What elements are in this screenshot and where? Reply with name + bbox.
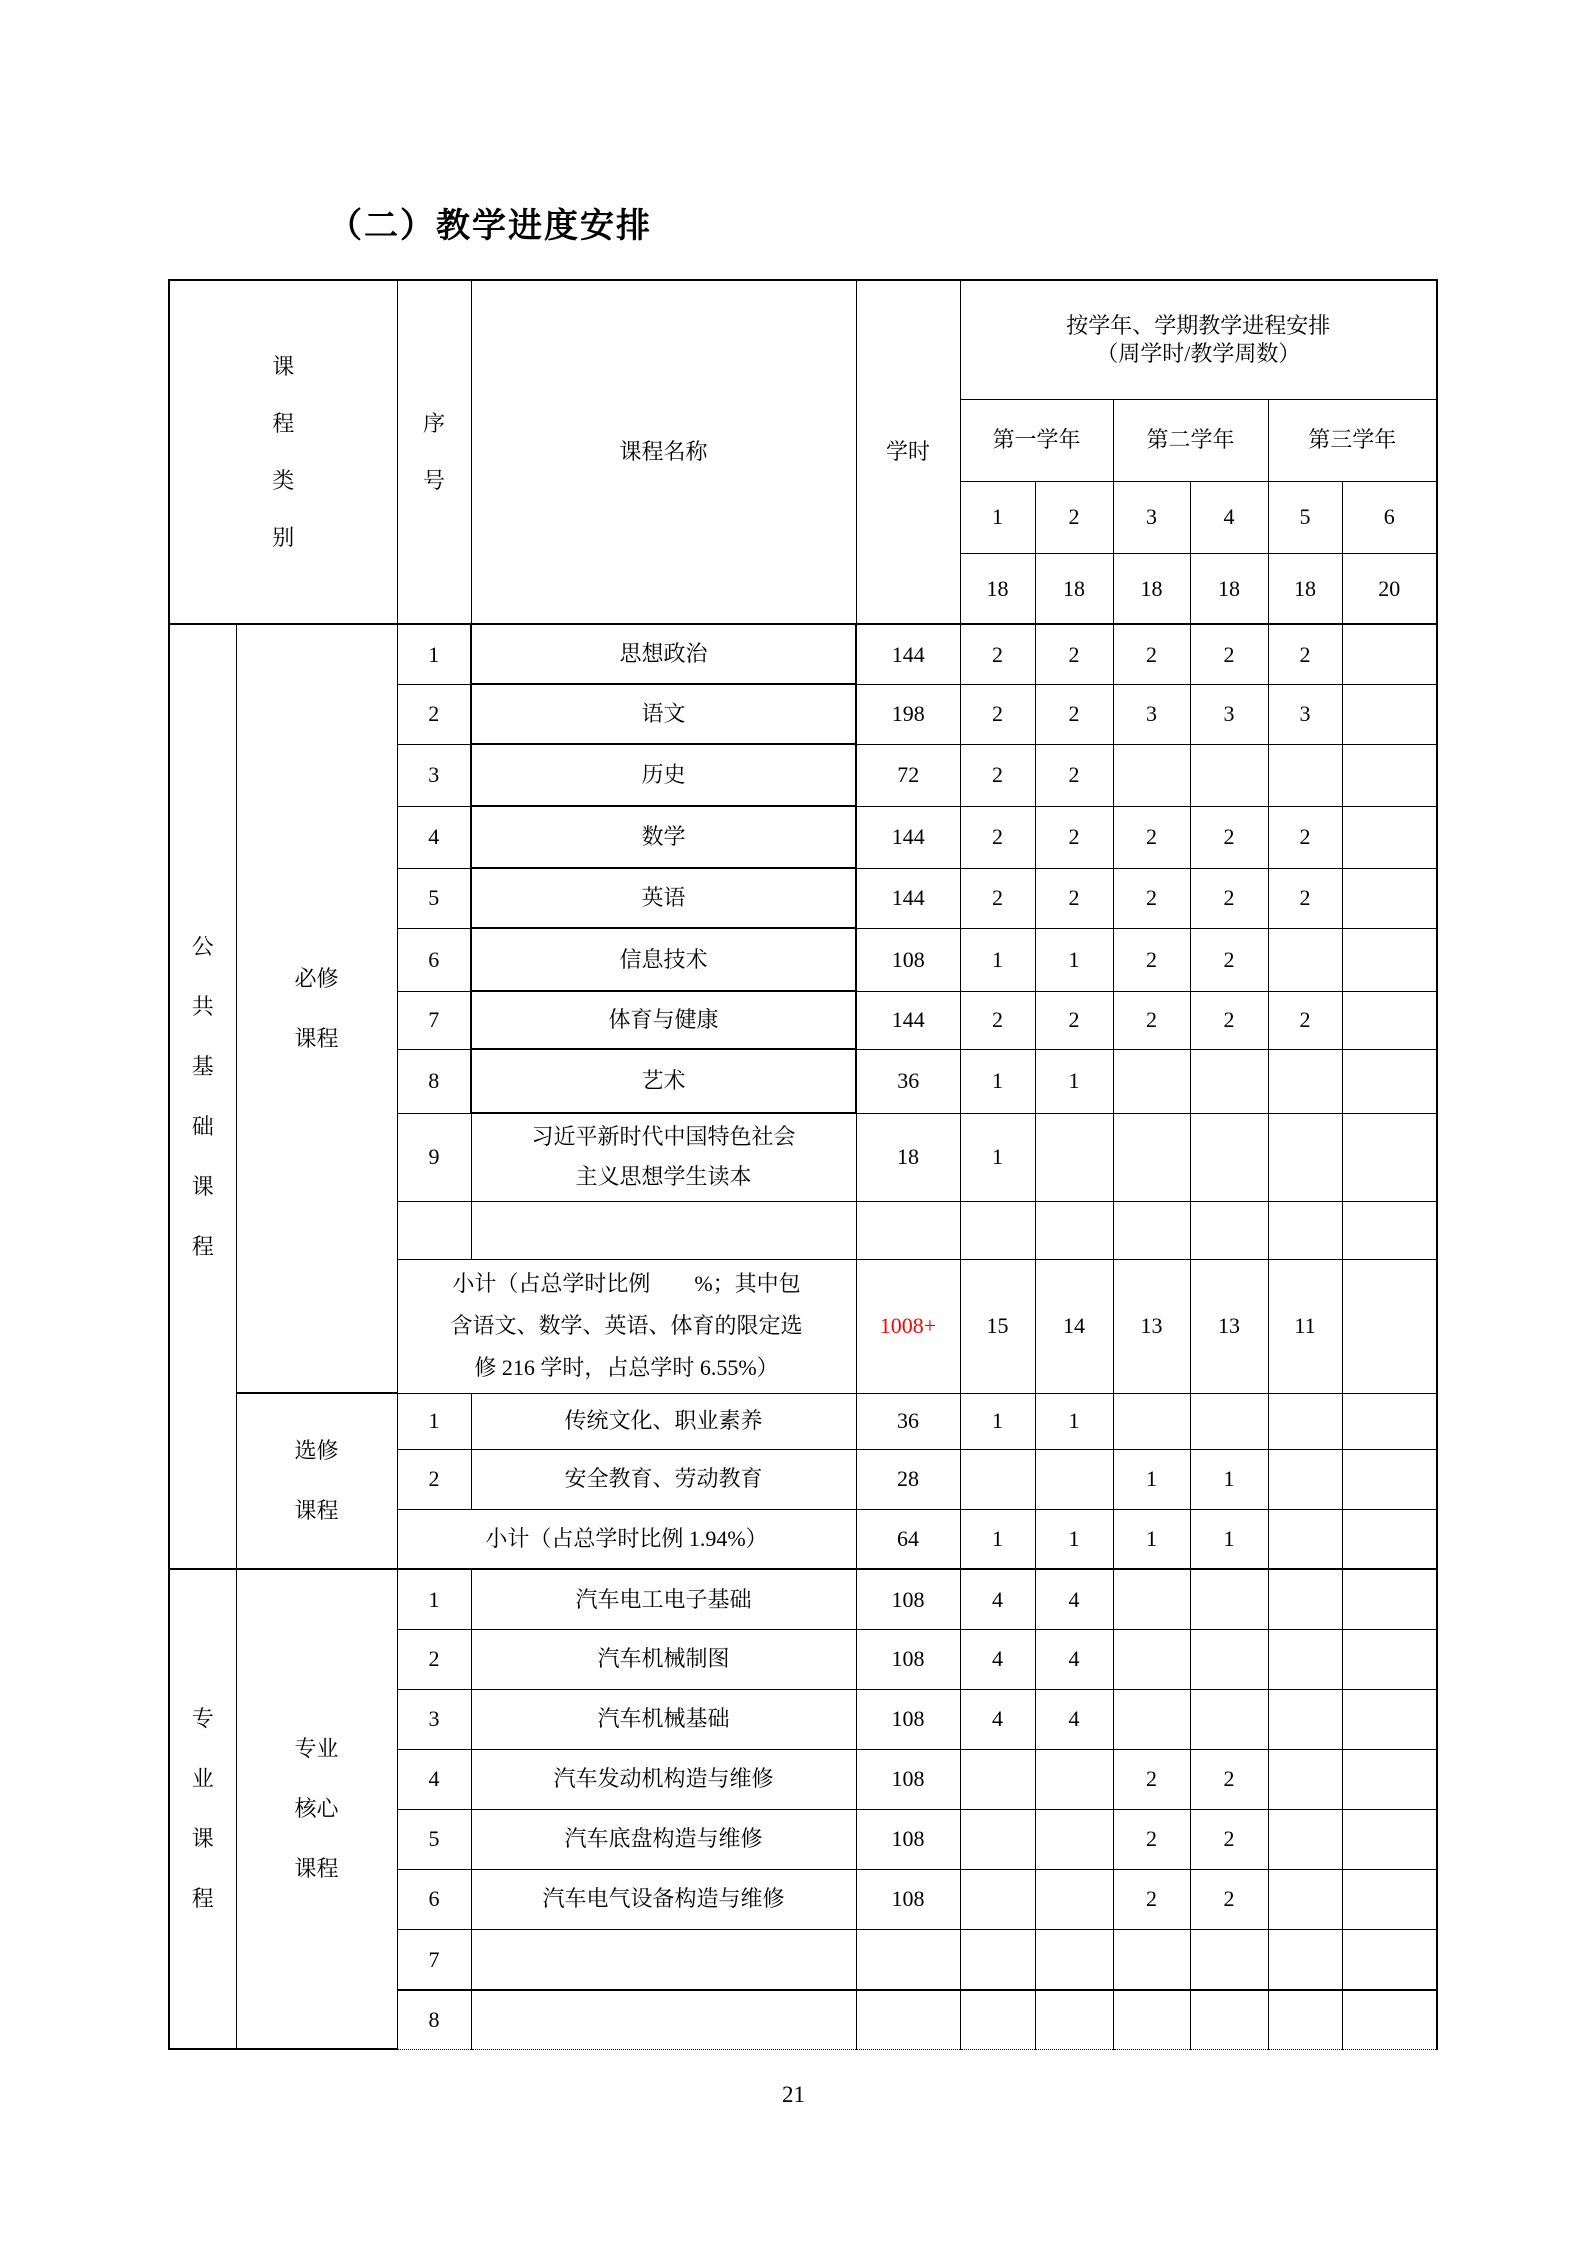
course-name-cell: 汽车电工电子基础 xyxy=(471,1569,856,1629)
semester-cell xyxy=(1342,1449,1437,1509)
hours-cell: 36 xyxy=(856,1393,960,1449)
seq-cell: 2 xyxy=(397,684,471,744)
semester-cell: 2 xyxy=(960,991,1035,1049)
semester-cell: 2 xyxy=(1268,868,1342,928)
hours-cell: 108 xyxy=(856,1869,960,1929)
hours-cell: 108 xyxy=(856,1629,960,1689)
header-weeks-2: 18 xyxy=(1035,553,1113,624)
semester-cell xyxy=(1342,1749,1437,1809)
semester-cell: 1 xyxy=(1035,1393,1113,1449)
semester-cell: 3 xyxy=(1268,684,1342,744)
semester-cell xyxy=(1113,1929,1190,1990)
semester-cell xyxy=(1342,868,1437,928)
course-name-cell: 思想政治 xyxy=(471,624,856,684)
seq-cell: 8 xyxy=(397,1990,471,2049)
course-name-cell: 汽车机械制图 xyxy=(471,1629,856,1689)
seq-cell: 1 xyxy=(397,1393,471,1449)
seq-cell: 1 xyxy=(397,624,471,684)
required-subtotal-line2: 含语文、数学、英语、体育的限定选 xyxy=(398,1305,856,1347)
semester-cell: 14 xyxy=(1035,1259,1113,1393)
semester-cell: 2 xyxy=(1113,991,1190,1049)
semester-cell xyxy=(1268,1201,1342,1259)
course-name-cell: 习近平新时代中国特色社会 主义思想学生读本 xyxy=(471,1113,856,1201)
semester-cell: 1 xyxy=(1035,1049,1113,1113)
label-required-courses-text: 必修课程 xyxy=(291,949,342,1069)
hours-cell: 108 xyxy=(856,1689,960,1749)
semester-cell xyxy=(1113,1049,1190,1113)
hours-cell: 198 xyxy=(856,684,960,744)
label-elective-courses: 选修课程 xyxy=(236,1393,397,1569)
seq-cell: 7 xyxy=(397,1929,471,1990)
course-name-cell: 历史 xyxy=(471,744,856,806)
semester-cell xyxy=(1190,1113,1268,1201)
header-category: 课程类别 xyxy=(169,280,397,624)
seq-cell: 5 xyxy=(397,1809,471,1869)
course-name-cell: 传统文化、职业素养 xyxy=(471,1393,856,1449)
hours-cell: 144 xyxy=(856,624,960,684)
course-name-cell xyxy=(471,1201,856,1259)
schedule-table: 课程类别 序号 课程名称 学时 按学年、学期教学进程安排 （周学时/教学周数） … xyxy=(168,279,1438,2050)
required-subtotal-label: 小计（占总学时比例 %；其中包 含语文、数学、英语、体育的限定选 修 216 学… xyxy=(397,1259,856,1393)
header-course-name: 课程名称 xyxy=(471,280,856,624)
semester-cell xyxy=(1035,1869,1113,1929)
header-semester-6: 6 xyxy=(1342,481,1437,553)
semester-cell: 1 xyxy=(960,928,1035,991)
semester-cell: 2 xyxy=(1268,991,1342,1049)
hours-cell: 144 xyxy=(856,868,960,928)
semester-cell xyxy=(1268,1509,1342,1569)
semester-cell: 4 xyxy=(1035,1629,1113,1689)
semester-cell xyxy=(1035,1201,1113,1259)
semester-cell xyxy=(1342,1689,1437,1749)
semester-cell: 2 xyxy=(1190,624,1268,684)
semester-cell xyxy=(1268,1113,1342,1201)
category-professional: 专业课程 xyxy=(169,1569,236,2049)
semester-cell xyxy=(1342,1809,1437,1869)
hours-cell: 108 xyxy=(856,1809,960,1869)
semester-cell: 2 xyxy=(960,806,1035,868)
semester-cell: 1 xyxy=(960,1049,1035,1113)
header-schedule-line2: （周学时/教学周数） xyxy=(961,340,1437,368)
semester-cell: 1 xyxy=(960,1509,1035,1569)
course-name-line2: 主义思想学生读本 xyxy=(472,1157,856,1197)
header-weeks-3: 18 xyxy=(1113,553,1190,624)
hours-cell xyxy=(856,1929,960,1990)
semester-cell: 15 xyxy=(960,1259,1035,1393)
semester-cell xyxy=(1190,1990,1268,2049)
required-subtotal-line1: 小计（占总学时比例 %；其中包 xyxy=(398,1263,856,1305)
semester-cell: 1 xyxy=(1113,1449,1190,1509)
course-name-cell: 汽车电气设备构造与维修 xyxy=(471,1869,856,1929)
hours-cell xyxy=(856,1201,960,1259)
seq-cell: 2 xyxy=(397,1449,471,1509)
hours-cell: 108 xyxy=(856,928,960,991)
semester-cell xyxy=(1342,1929,1437,1990)
header-semester-1: 1 xyxy=(960,481,1035,553)
semester-cell xyxy=(1113,1393,1190,1449)
semester-cell: 2 xyxy=(1035,991,1113,1049)
semester-cell: 2 xyxy=(1035,806,1113,868)
course-name-cell xyxy=(471,1929,856,1990)
semester-cell: 3 xyxy=(1113,684,1190,744)
semester-cell: 1 xyxy=(1035,928,1113,991)
category-public-basic: 公共基础课程 xyxy=(169,624,236,1569)
course-name-cell: 汽车底盘构造与维修 xyxy=(471,1809,856,1869)
header-weeks-6: 20 xyxy=(1342,553,1437,624)
semester-cell xyxy=(1035,1929,1113,1990)
semester-cell xyxy=(1342,1629,1437,1689)
semester-cell xyxy=(960,1449,1035,1509)
header-semester-5: 5 xyxy=(1268,481,1342,553)
course-name-cell: 数学 xyxy=(471,806,856,868)
semester-cell xyxy=(1342,991,1437,1049)
seq-cell: 6 xyxy=(397,1869,471,1929)
semester-cell xyxy=(1342,1113,1437,1201)
semester-cell xyxy=(1268,1449,1342,1509)
semester-cell: 2 xyxy=(1190,1869,1268,1929)
semester-cell xyxy=(1190,1929,1268,1990)
hours-cell: 28 xyxy=(856,1449,960,1509)
semester-cell xyxy=(1342,744,1437,806)
seq-cell xyxy=(397,1201,471,1259)
page-title: （二）教学进度安排 xyxy=(328,198,652,247)
header-year-2: 第二学年 xyxy=(1113,399,1268,481)
semester-cell xyxy=(1113,1201,1190,1259)
seq-cell: 6 xyxy=(397,928,471,991)
seq-cell: 9 xyxy=(397,1113,471,1201)
semester-cell: 11 xyxy=(1268,1259,1342,1393)
label-professional-core: 专业核心课程 xyxy=(236,1569,397,2049)
semester-cell: 2 xyxy=(1113,1809,1190,1869)
semester-cell xyxy=(1113,744,1190,806)
semester-cell: 2 xyxy=(960,744,1035,806)
course-name-cell xyxy=(471,1990,856,2049)
semester-cell xyxy=(1268,1393,1342,1449)
semester-cell xyxy=(1268,1990,1342,2049)
semester-cell xyxy=(1342,1201,1437,1259)
semester-cell xyxy=(1342,1869,1437,1929)
semester-cell: 2 xyxy=(1035,868,1113,928)
semester-cell: 2 xyxy=(1035,624,1113,684)
semester-cell xyxy=(1268,1809,1342,1869)
semester-cell xyxy=(1268,1049,1342,1113)
semester-cell: 4 xyxy=(960,1629,1035,1689)
semester-cell xyxy=(1190,1629,1268,1689)
semester-cell xyxy=(1190,1201,1268,1259)
semester-cell: 2 xyxy=(1190,868,1268,928)
hours-cell: 18 xyxy=(856,1113,960,1201)
course-name-cell: 语文 xyxy=(471,684,856,744)
semester-cell: 4 xyxy=(960,1569,1035,1629)
semester-cell xyxy=(1342,928,1437,991)
semester-cell: 2 xyxy=(1113,928,1190,991)
semester-cell: 2 xyxy=(1190,928,1268,991)
semester-cell xyxy=(1342,1049,1437,1113)
course-name-cell: 安全教育、劳动教育 xyxy=(471,1449,856,1509)
label-professional-core-text: 专业核心课程 xyxy=(291,1719,342,1899)
semester-cell xyxy=(1268,1869,1342,1929)
semester-cell xyxy=(960,1809,1035,1869)
header-semester-2: 2 xyxy=(1035,481,1113,553)
header-year-1: 第一学年 xyxy=(960,399,1113,481)
semester-cell xyxy=(1268,928,1342,991)
header-weeks-4: 18 xyxy=(1190,553,1268,624)
semester-cell: 2 xyxy=(1035,684,1113,744)
header-row-1: 课程类别 序号 课程名称 学时 按学年、学期教学进程安排 （周学时/教学周数） xyxy=(169,280,1437,399)
header-semester-3: 3 xyxy=(1113,481,1190,553)
semester-cell: 2 xyxy=(1113,868,1190,928)
semester-cell: 1 xyxy=(1190,1449,1268,1509)
semester-cell: 2 xyxy=(1113,1869,1190,1929)
header-seq-no-label: 序号 xyxy=(421,395,446,509)
semester-cell xyxy=(1342,684,1437,744)
semester-cell: 2 xyxy=(1268,624,1342,684)
semester-cell: 13 xyxy=(1190,1259,1268,1393)
course-name-cell: 英语 xyxy=(471,868,856,928)
seq-cell: 3 xyxy=(397,744,471,806)
semester-cell: 1 xyxy=(1113,1509,1190,1569)
hours-cell: 108 xyxy=(856,1749,960,1809)
semester-cell: 2 xyxy=(960,868,1035,928)
semester-cell xyxy=(1113,1629,1190,1689)
semester-cell xyxy=(1035,1449,1113,1509)
header-seq-no: 序号 xyxy=(397,280,471,624)
semester-cell xyxy=(1268,744,1342,806)
page-number: 21 xyxy=(0,2082,1587,2108)
semester-cell xyxy=(1035,1990,1113,2049)
semester-cell: 4 xyxy=(960,1689,1035,1749)
required-subtotal-line3: 修 216 学时，占总学时 6.55%） xyxy=(398,1347,856,1389)
semester-cell: 2 xyxy=(1190,806,1268,868)
label-required-courses: 必修课程 xyxy=(236,624,397,1393)
semester-cell: 2 xyxy=(1113,806,1190,868)
semester-cell xyxy=(1342,1393,1437,1449)
hours-cell: 108 xyxy=(856,1569,960,1629)
seq-cell: 3 xyxy=(397,1689,471,1749)
category-public-basic-label: 公共基础课程 xyxy=(190,917,215,1277)
semester-cell xyxy=(1113,1990,1190,2049)
semester-cell: 2 xyxy=(1190,991,1268,1049)
document-page: （二）教学进度安排 课程类别 序号 课程名称 学时 按学年、学期教学进程安排 （… xyxy=(0,0,1587,2245)
semester-cell: 1 xyxy=(960,1393,1035,1449)
header-hours: 学时 xyxy=(856,280,960,624)
semester-cell xyxy=(1268,1689,1342,1749)
course-name-line1: 习近平新时代中国特色社会 xyxy=(472,1117,856,1157)
semester-cell xyxy=(1035,1749,1113,1809)
header-year-3: 第三学年 xyxy=(1268,399,1437,481)
semester-cell xyxy=(1268,1569,1342,1629)
semester-cell: 2 xyxy=(1035,744,1113,806)
seq-cell: 4 xyxy=(397,806,471,868)
semester-cell xyxy=(1113,1569,1190,1629)
semester-cell xyxy=(1342,806,1437,868)
semester-cell xyxy=(1342,1569,1437,1629)
semester-cell: 2 xyxy=(1190,1749,1268,1809)
semester-cell xyxy=(1190,1689,1268,1749)
semester-cell: 3 xyxy=(1190,684,1268,744)
hours-cell xyxy=(856,1990,960,2049)
semester-cell xyxy=(1342,1259,1437,1393)
header-semester-4: 4 xyxy=(1190,481,1268,553)
semester-cell: 1 xyxy=(1190,1509,1268,1569)
semester-cell xyxy=(960,1869,1035,1929)
semester-cell xyxy=(960,1929,1035,1990)
semester-cell xyxy=(1190,1393,1268,1449)
label-elective-courses-text: 选修课程 xyxy=(291,1421,342,1541)
hours-cell: 72 xyxy=(856,744,960,806)
header-schedule-arrangement: 按学年、学期教学进程安排 （周学时/教学周数） xyxy=(960,280,1437,399)
header-weeks-5: 18 xyxy=(1268,553,1342,624)
course-name-cell: 汽车机械基础 xyxy=(471,1689,856,1749)
elective-subtotal-label: 小计（占总学时比例 1.94%） xyxy=(397,1509,856,1569)
seq-cell: 5 xyxy=(397,868,471,928)
semester-cell xyxy=(1113,1113,1190,1201)
semester-cell xyxy=(1342,624,1437,684)
hours-cell: 144 xyxy=(856,991,960,1049)
semester-cell: 1 xyxy=(1035,1509,1113,1569)
semester-cell: 4 xyxy=(1035,1569,1113,1629)
course-name-cell: 信息技术 xyxy=(471,928,856,991)
course-row: 专业课程 专业核心课程 1 汽车电工电子基础 108 4 4 xyxy=(169,1569,1437,1629)
semester-cell: 13 xyxy=(1113,1259,1190,1393)
semester-cell xyxy=(960,1749,1035,1809)
seq-cell: 2 xyxy=(397,1629,471,1689)
semester-cell: 4 xyxy=(1035,1689,1113,1749)
semester-cell xyxy=(960,1201,1035,1259)
semester-cell xyxy=(1035,1113,1113,1201)
seq-cell: 8 xyxy=(397,1049,471,1113)
semester-cell xyxy=(1342,1509,1437,1569)
category-professional-label: 专业课程 xyxy=(190,1689,215,1929)
seq-cell: 7 xyxy=(397,991,471,1049)
semester-cell: 2 xyxy=(1190,1809,1268,1869)
seq-cell: 4 xyxy=(397,1749,471,1809)
course-name-cell: 体育与健康 xyxy=(471,991,856,1049)
semester-cell xyxy=(1113,1689,1190,1749)
semester-cell xyxy=(1268,1629,1342,1689)
header-category-label: 课程类别 xyxy=(271,338,296,566)
semester-cell xyxy=(1190,1569,1268,1629)
semester-cell: 2 xyxy=(1268,806,1342,868)
semester-cell xyxy=(1035,1809,1113,1869)
semester-cell xyxy=(1268,1749,1342,1809)
semester-cell: 2 xyxy=(1113,624,1190,684)
header-schedule-line1: 按学年、学期教学进程安排 xyxy=(961,312,1437,340)
semester-cell: 2 xyxy=(1113,1749,1190,1809)
course-name-cell: 汽车发动机构造与维修 xyxy=(471,1749,856,1809)
semester-cell xyxy=(1190,744,1268,806)
course-row: 公共基础课程 必修课程 1 思想政治 144 2 2 2 2 2 xyxy=(169,624,1437,684)
semester-cell xyxy=(1342,1990,1437,2049)
semester-cell: 2 xyxy=(960,624,1035,684)
course-row: 选修课程 1 传统文化、职业素养 36 1 1 xyxy=(169,1393,1437,1449)
hours-cell: 36 xyxy=(856,1049,960,1113)
semester-cell: 2 xyxy=(960,684,1035,744)
elective-subtotal-hours: 64 xyxy=(856,1509,960,1569)
required-subtotal-hours: 1008+ xyxy=(856,1259,960,1393)
hours-cell: 144 xyxy=(856,806,960,868)
semester-cell xyxy=(1190,1049,1268,1113)
header-weeks-1: 18 xyxy=(960,553,1035,624)
semester-cell xyxy=(1268,1929,1342,1990)
semester-cell: 1 xyxy=(960,1113,1035,1201)
course-name-cell: 艺术 xyxy=(471,1049,856,1113)
seq-cell: 1 xyxy=(397,1569,471,1629)
semester-cell xyxy=(960,1990,1035,2049)
